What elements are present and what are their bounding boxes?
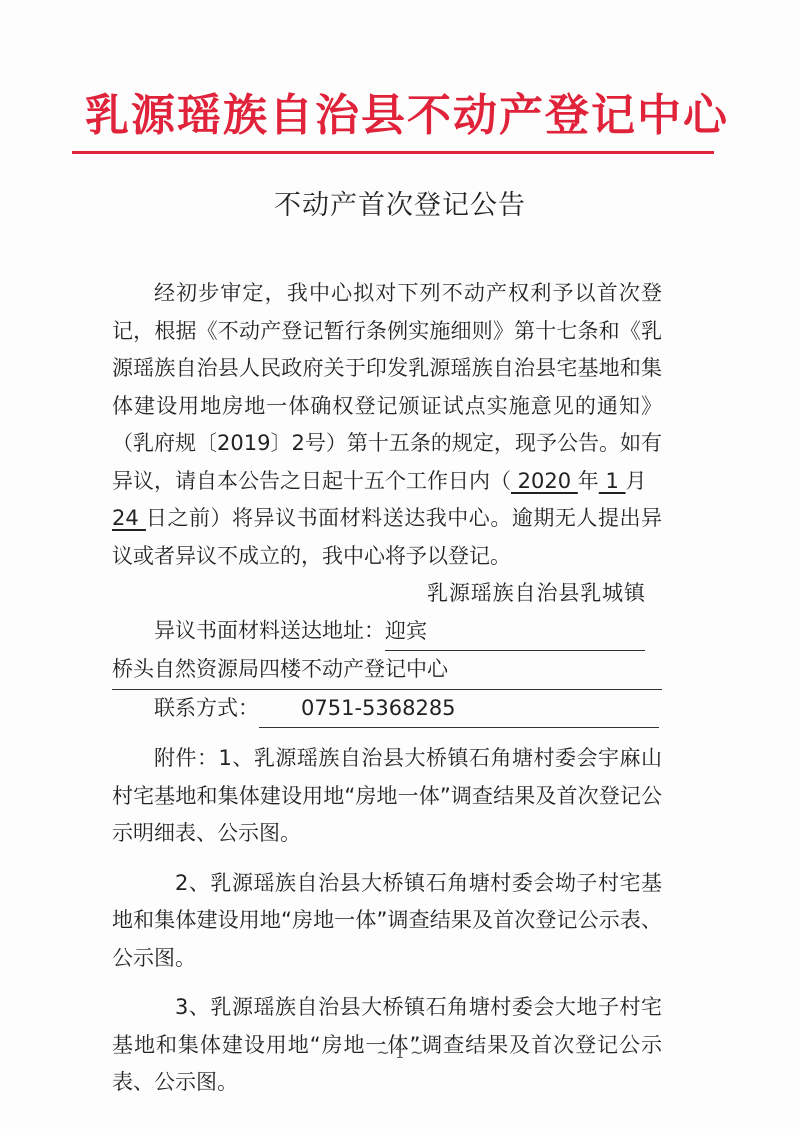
- attachment-item-1: 附件：1、乳源瑶族自治县大桥镇石角塘村委会宇麻山村宅基地和集体建设用地“房地一体…: [112, 740, 662, 853]
- notice-paragraph: 经初步审定，我中心拟对下列不动产权利予以首次登记，根据《不动产登记暂行条例实施细…: [112, 275, 662, 575]
- address-label: 异议书面材料送达地址：: [154, 619, 385, 643]
- address-line-2-row: 桥头自然资源局四楼不动产登记中心: [112, 651, 662, 690]
- document-title: 不动产首次登记公告: [0, 183, 800, 222]
- address-line-1: 乳源瑶族自治县乳城镇迎宾: [385, 575, 645, 651]
- deadline-year: 2020: [511, 469, 578, 493]
- address-line-2: 桥头自然资源局四楼不动产登记中心: [112, 651, 662, 690]
- letterhead-divider: [72, 151, 714, 154]
- organization-letterhead: 乳源瑶族自治县不动产登记中心: [85, 86, 715, 146]
- contact-phone: 0751-5368285: [259, 690, 659, 729]
- contact-label: 联系方式：: [154, 696, 259, 720]
- page-number: ~ 1 ~: [0, 1043, 800, 1062]
- address-paragraph: 异议书面材料送达地址： 乳源瑶族自治县乳城镇迎宾: [112, 575, 662, 651]
- attachment-item-2: 2、乳源瑶族自治县大桥镇石角塘村委会坳子村宅基地和集体建设用地“房地一体”调查结…: [112, 865, 662, 978]
- document-body: 经初步审定，我中心拟对下列不动产权利予以首次登记，根据《不动产登记暂行条例实施细…: [112, 275, 662, 1102]
- contact-paragraph: 联系方式： 0751-5368285: [112, 690, 662, 729]
- deadline-day: 24: [112, 506, 146, 530]
- deadline-month: 1: [599, 469, 626, 493]
- attachments-label: 附件：: [154, 746, 219, 770]
